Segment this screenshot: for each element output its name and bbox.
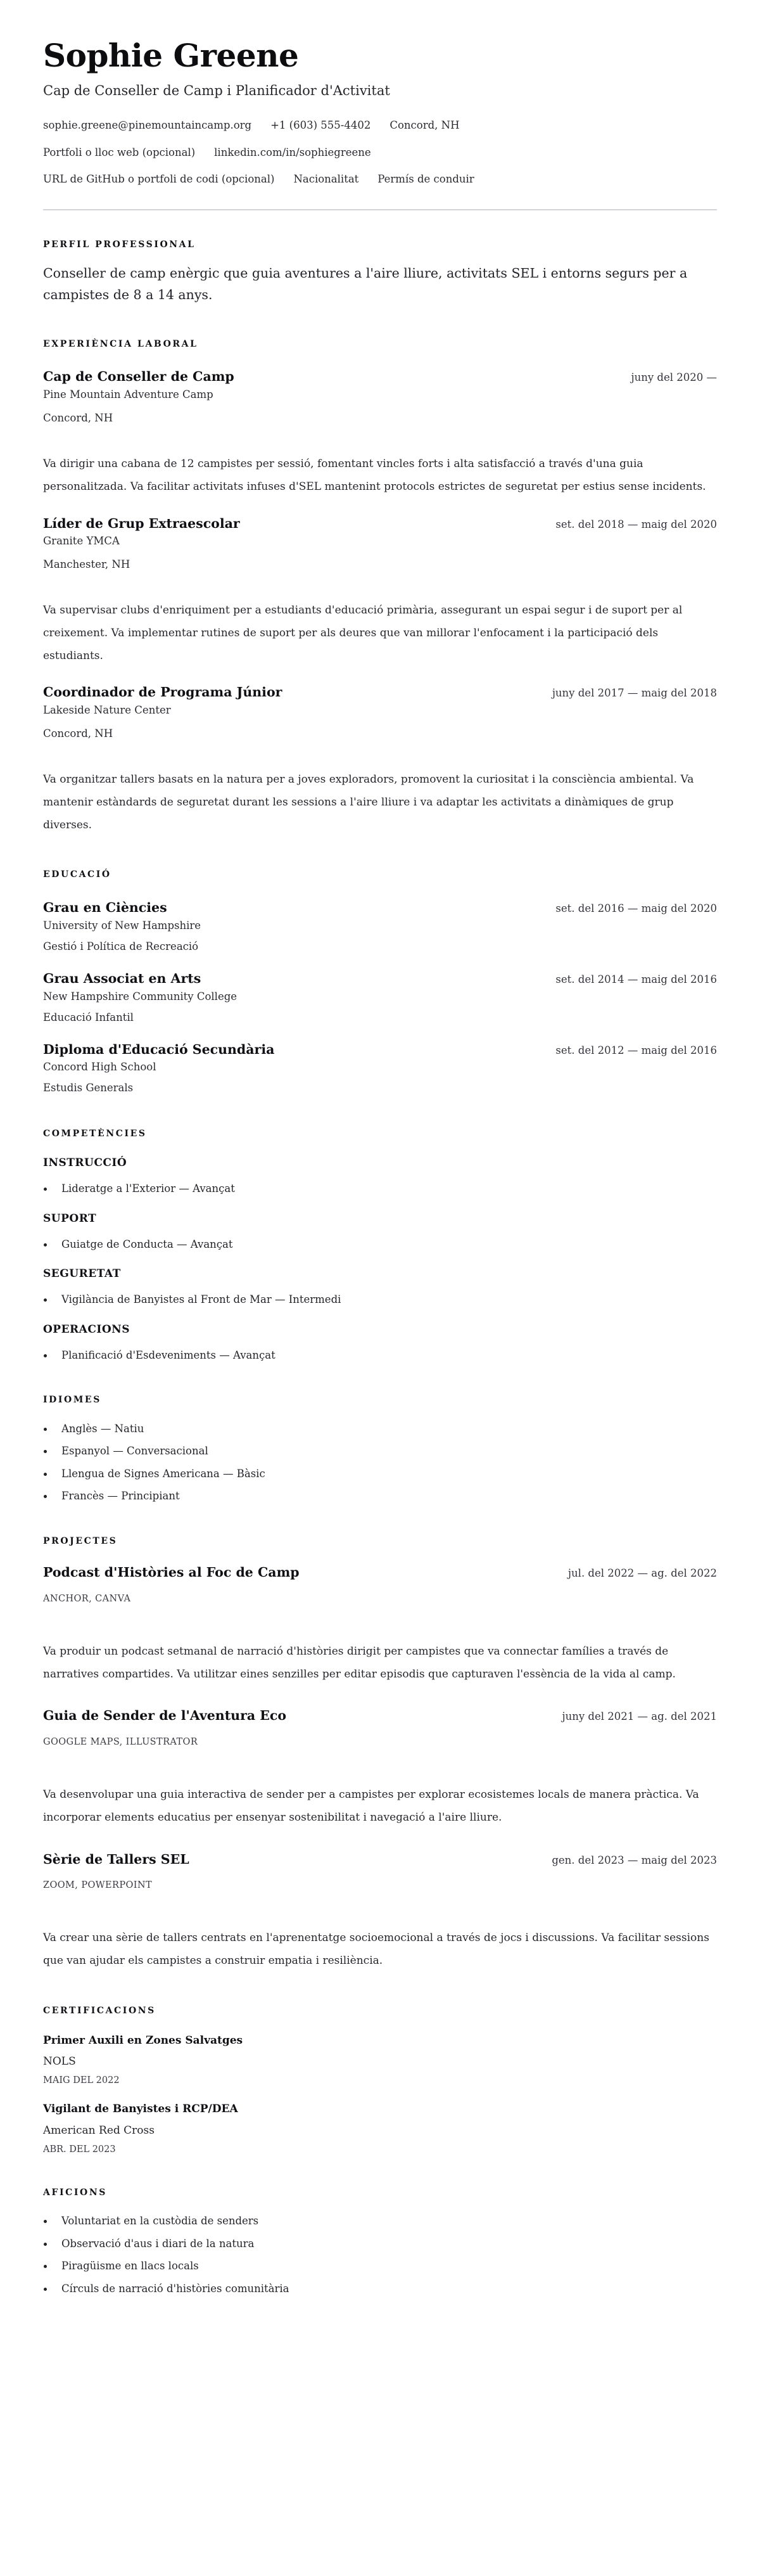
job-location: Manchester, NH — [43, 557, 717, 572]
section-title: Competències — [43, 1129, 717, 1139]
education-dates: set. del 2014 — maig del 2016 — [555, 973, 717, 985]
section-title: Idiomes — [43, 1395, 717, 1406]
skill-category: Seguretat — [43, 1267, 717, 1280]
resume-page: Sophie Greene Cap de Conseller de Camp i… — [0, 0, 760, 2333]
job-location: Concord, NH — [43, 411, 717, 425]
certification-issuer: American Red Cross — [43, 2124, 717, 2137]
education-dates: set. del 2012 — maig del 2016 — [555, 1044, 717, 1056]
section-languages: Idiomes Anglès — Natiu Espanyol — Conver… — [43, 1395, 717, 1503]
header-divider — [43, 209, 717, 210]
section-hobbies: Aficions Voluntariat en la custòdia de s… — [43, 2188, 717, 2296]
field-of-study: Gestió i Política de Recreació — [43, 939, 717, 954]
job-dates: juny del 2020 — — [631, 371, 717, 383]
degree-title: Grau Associat en Arts — [43, 970, 201, 987]
contact-row-extra: URL de GitHub o portfoli de codi (opcion… — [43, 172, 717, 186]
contact-email[interactable]: sophie.greene@pinemountaincamp.org — [43, 119, 251, 132]
project-description: Va desenvolupar una guia interactiva de … — [43, 1784, 717, 1829]
skill-item: Planificació d'Esdeveniments — Avançat — [43, 1349, 717, 1362]
project-entry: Sèrie de Tallers SEL gen. del 2023 — mai… — [43, 1851, 717, 1973]
contact-row-links: Portfoli o lloc web (opcional) linkedin.… — [43, 146, 717, 160]
section-skills: Competències Instrucció Lideratge a l'Ex… — [43, 1129, 717, 1362]
section-summary: Perfil Professional Conseller de camp en… — [43, 240, 717, 305]
language-item: Francès — Principiant — [43, 1489, 717, 1503]
project-entry: Podcast d'Històries al Foc de Camp jul. … — [43, 1564, 717, 1686]
hobby-item: Voluntariat en la custòdia de senders — [43, 2214, 717, 2227]
section-title: Projectes — [43, 1536, 717, 1547]
certification-date: abr. del 2023 — [43, 2144, 717, 2155]
certifications-list: Primer Auxili en Zones Salvatges NOLS ma… — [43, 2034, 717, 2154]
project-dates: juny del 2021 — ag. del 2021 — [562, 1710, 718, 1722]
job-location: Concord, NH — [43, 726, 717, 741]
skill-group: Operacions Planificació d'Esdeveniments … — [43, 1323, 717, 1362]
section-experience: Experiència Laboral Cap de Conseller de … — [43, 339, 717, 837]
degree-title: Grau en Ciències — [43, 899, 167, 916]
certification-name: Primer Auxili en Zones Salvatges — [43, 2034, 717, 2047]
job-title: Cap de Conseller de Camp — [43, 368, 234, 385]
project-tech: Anchor, Canva — [43, 1594, 717, 1604]
section-title: Certificacions — [43, 2006, 717, 2016]
skills-list: Instrucció Lideratge a l'Exterior — Avan… — [43, 1157, 717, 1362]
job-title: Coordinador de Programa Júnior — [43, 684, 282, 701]
skill-group: Seguretat Vigilància de Banyistes al Fro… — [43, 1267, 717, 1306]
contact-github[interactable]: URL de GitHub o portfoli de codi (opcion… — [43, 172, 274, 186]
section-certifications: Certificacions Primer Auxili en Zones Sa… — [43, 2006, 717, 2155]
languages-list: Anglès — Natiu Espanyol — Conversacional… — [43, 1422, 717, 1503]
experience-entry: Cap de Conseller de Camp juny del 2020 —… — [43, 368, 717, 498]
hobbies-list: Voluntariat en la custòdia de senders Ob… — [43, 2214, 717, 2295]
projects-list: Podcast d'Històries al Foc de Camp jul. … — [43, 1564, 717, 1972]
skill-item: Guiatge de Conducta — Avançat — [43, 1238, 717, 1251]
project-dates: gen. del 2023 — maig del 2023 — [552, 1854, 717, 1866]
summary-text: Conseller de camp enèrgic que guia avent… — [43, 263, 717, 306]
skill-item: Vigilància de Banyistes al Front de Mar … — [43, 1293, 717, 1306]
skill-category: Operacions — [43, 1323, 717, 1336]
section-title: Aficions — [43, 2188, 717, 2198]
job-company: Lakeside Nature Center — [43, 703, 717, 717]
project-name: Sèrie de Tallers SEL — [43, 1851, 189, 1868]
contact-row-primary: sophie.greene@pinemountaincamp.org +1 (6… — [43, 119, 717, 132]
job-dates: set. del 2018 — maig del 2020 — [555, 518, 717, 530]
job-title: Líder de Grup Extraescolar — [43, 515, 240, 532]
school-name: New Hampshire Community College — [43, 989, 717, 1004]
education-entry: Grau Associat en Arts set. del 2014 — ma… — [43, 970, 717, 1025]
hobby-item: Piragüisme en llacs locals — [43, 2259, 717, 2272]
section-education: Educació Grau en Ciències set. del 2016 … — [43, 869, 717, 1095]
hobby-item: Observació d'aus i diari de la natura — [43, 2237, 717, 2250]
section-title: Educació — [43, 869, 717, 880]
skill-category: Instrucció — [43, 1157, 717, 1169]
hobby-item: Círculs de narració d'històries comunità… — [43, 2282, 717, 2295]
section-projects: Projectes Podcast d'Històries al Foc de … — [43, 1536, 717, 1973]
skill-group: Instrucció Lideratge a l'Exterior — Avan… — [43, 1157, 717, 1195]
project-tech: Google Maps, Illustrator — [43, 1737, 717, 1747]
candidate-headline: Cap de Conseller de Camp i Planificador … — [43, 82, 717, 99]
field-of-study: Educació Infantil — [43, 1010, 717, 1025]
school-name: Concord High School — [43, 1060, 717, 1074]
project-entry: Guia de Sender de l'Aventura Eco juny de… — [43, 1707, 717, 1829]
job-description: Va supervisar clubs d'enriquiment per a … — [43, 599, 717, 667]
certification-entry: Vigilant de Banyistes i RCP/DEA American… — [43, 2102, 717, 2154]
contact-driving-license: Permís de conduir — [377, 172, 474, 186]
experience-entry: Coordinador de Programa Júnior juny del … — [43, 684, 717, 836]
section-title: Perfil Professional — [43, 240, 717, 250]
language-item: Anglès — Natiu — [43, 1422, 717, 1435]
project-name: Podcast d'Històries al Foc de Camp — [43, 1564, 300, 1581]
skill-category: Suport — [43, 1212, 717, 1225]
job-dates: juny del 2017 — maig del 2018 — [552, 687, 717, 699]
project-description: Va crear una sèrie de tallers centrats e… — [43, 1927, 717, 1972]
education-dates: set. del 2016 — maig del 2020 — [555, 902, 717, 914]
language-item: Espanyol — Conversacional — [43, 1444, 717, 1458]
project-name: Guia de Sender de l'Aventura Eco — [43, 1707, 286, 1724]
education-list: Grau en Ciències set. del 2016 — maig de… — [43, 899, 717, 1095]
section-title: Experiència Laboral — [43, 339, 717, 350]
certification-name: Vigilant de Banyistes i RCP/DEA — [43, 2102, 717, 2116]
school-name: University of New Hampshire — [43, 918, 717, 933]
certification-date: maig del 2022 — [43, 2075, 717, 2086]
field-of-study: Estudis Generals — [43, 1080, 717, 1095]
project-tech: Zoom, PowerPoint — [43, 1880, 717, 1890]
job-company: Pine Mountain Adventure Camp — [43, 387, 717, 402]
project-dates: jul. del 2022 — ag. del 2022 — [568, 1567, 717, 1579]
experience-entry: Líder de Grup Extraescolar set. del 2018… — [43, 515, 717, 668]
contact-location: Concord, NH — [389, 119, 459, 132]
degree-title: Diploma d'Educació Secundària — [43, 1041, 274, 1058]
education-entry: Diploma d'Educació Secundària set. del 2… — [43, 1041, 717, 1096]
project-description: Va produir un podcast setmanal de narrac… — [43, 1641, 717, 1686]
contact-linkedin[interactable]: linkedin.com/in/sophiegreene — [214, 146, 371, 160]
skill-group: Suport Guiatge de Conducta — Avançat — [43, 1212, 717, 1251]
candidate-name: Sophie Greene — [43, 37, 717, 75]
job-company: Granite YMCA — [43, 534, 717, 548]
education-entry: Grau en Ciències set. del 2016 — maig de… — [43, 899, 717, 954]
contact-nationality: Nacionalitat — [293, 172, 358, 186]
resume-header: Sophie Greene Cap de Conseller de Camp i… — [43, 37, 717, 186]
skill-item: Lideratge a l'Exterior — Avançat — [43, 1182, 717, 1195]
experience-list: Cap de Conseller de Camp juny del 2020 —… — [43, 368, 717, 836]
contact-portfolio[interactable]: Portfoli o lloc web (opcional) — [43, 146, 195, 160]
job-description: Va organitzar tallers basats en la natur… — [43, 769, 717, 836]
certification-entry: Primer Auxili en Zones Salvatges NOLS ma… — [43, 2034, 717, 2086]
contact-phone[interactable]: +1 (603) 555-4402 — [270, 119, 370, 132]
certification-issuer: NOLS — [43, 2055, 717, 2068]
language-item: Llengua de Signes Americana — Bàsic — [43, 1467, 717, 1480]
job-description: Va dirigir una cabana de 12 campistes pe… — [43, 453, 717, 498]
